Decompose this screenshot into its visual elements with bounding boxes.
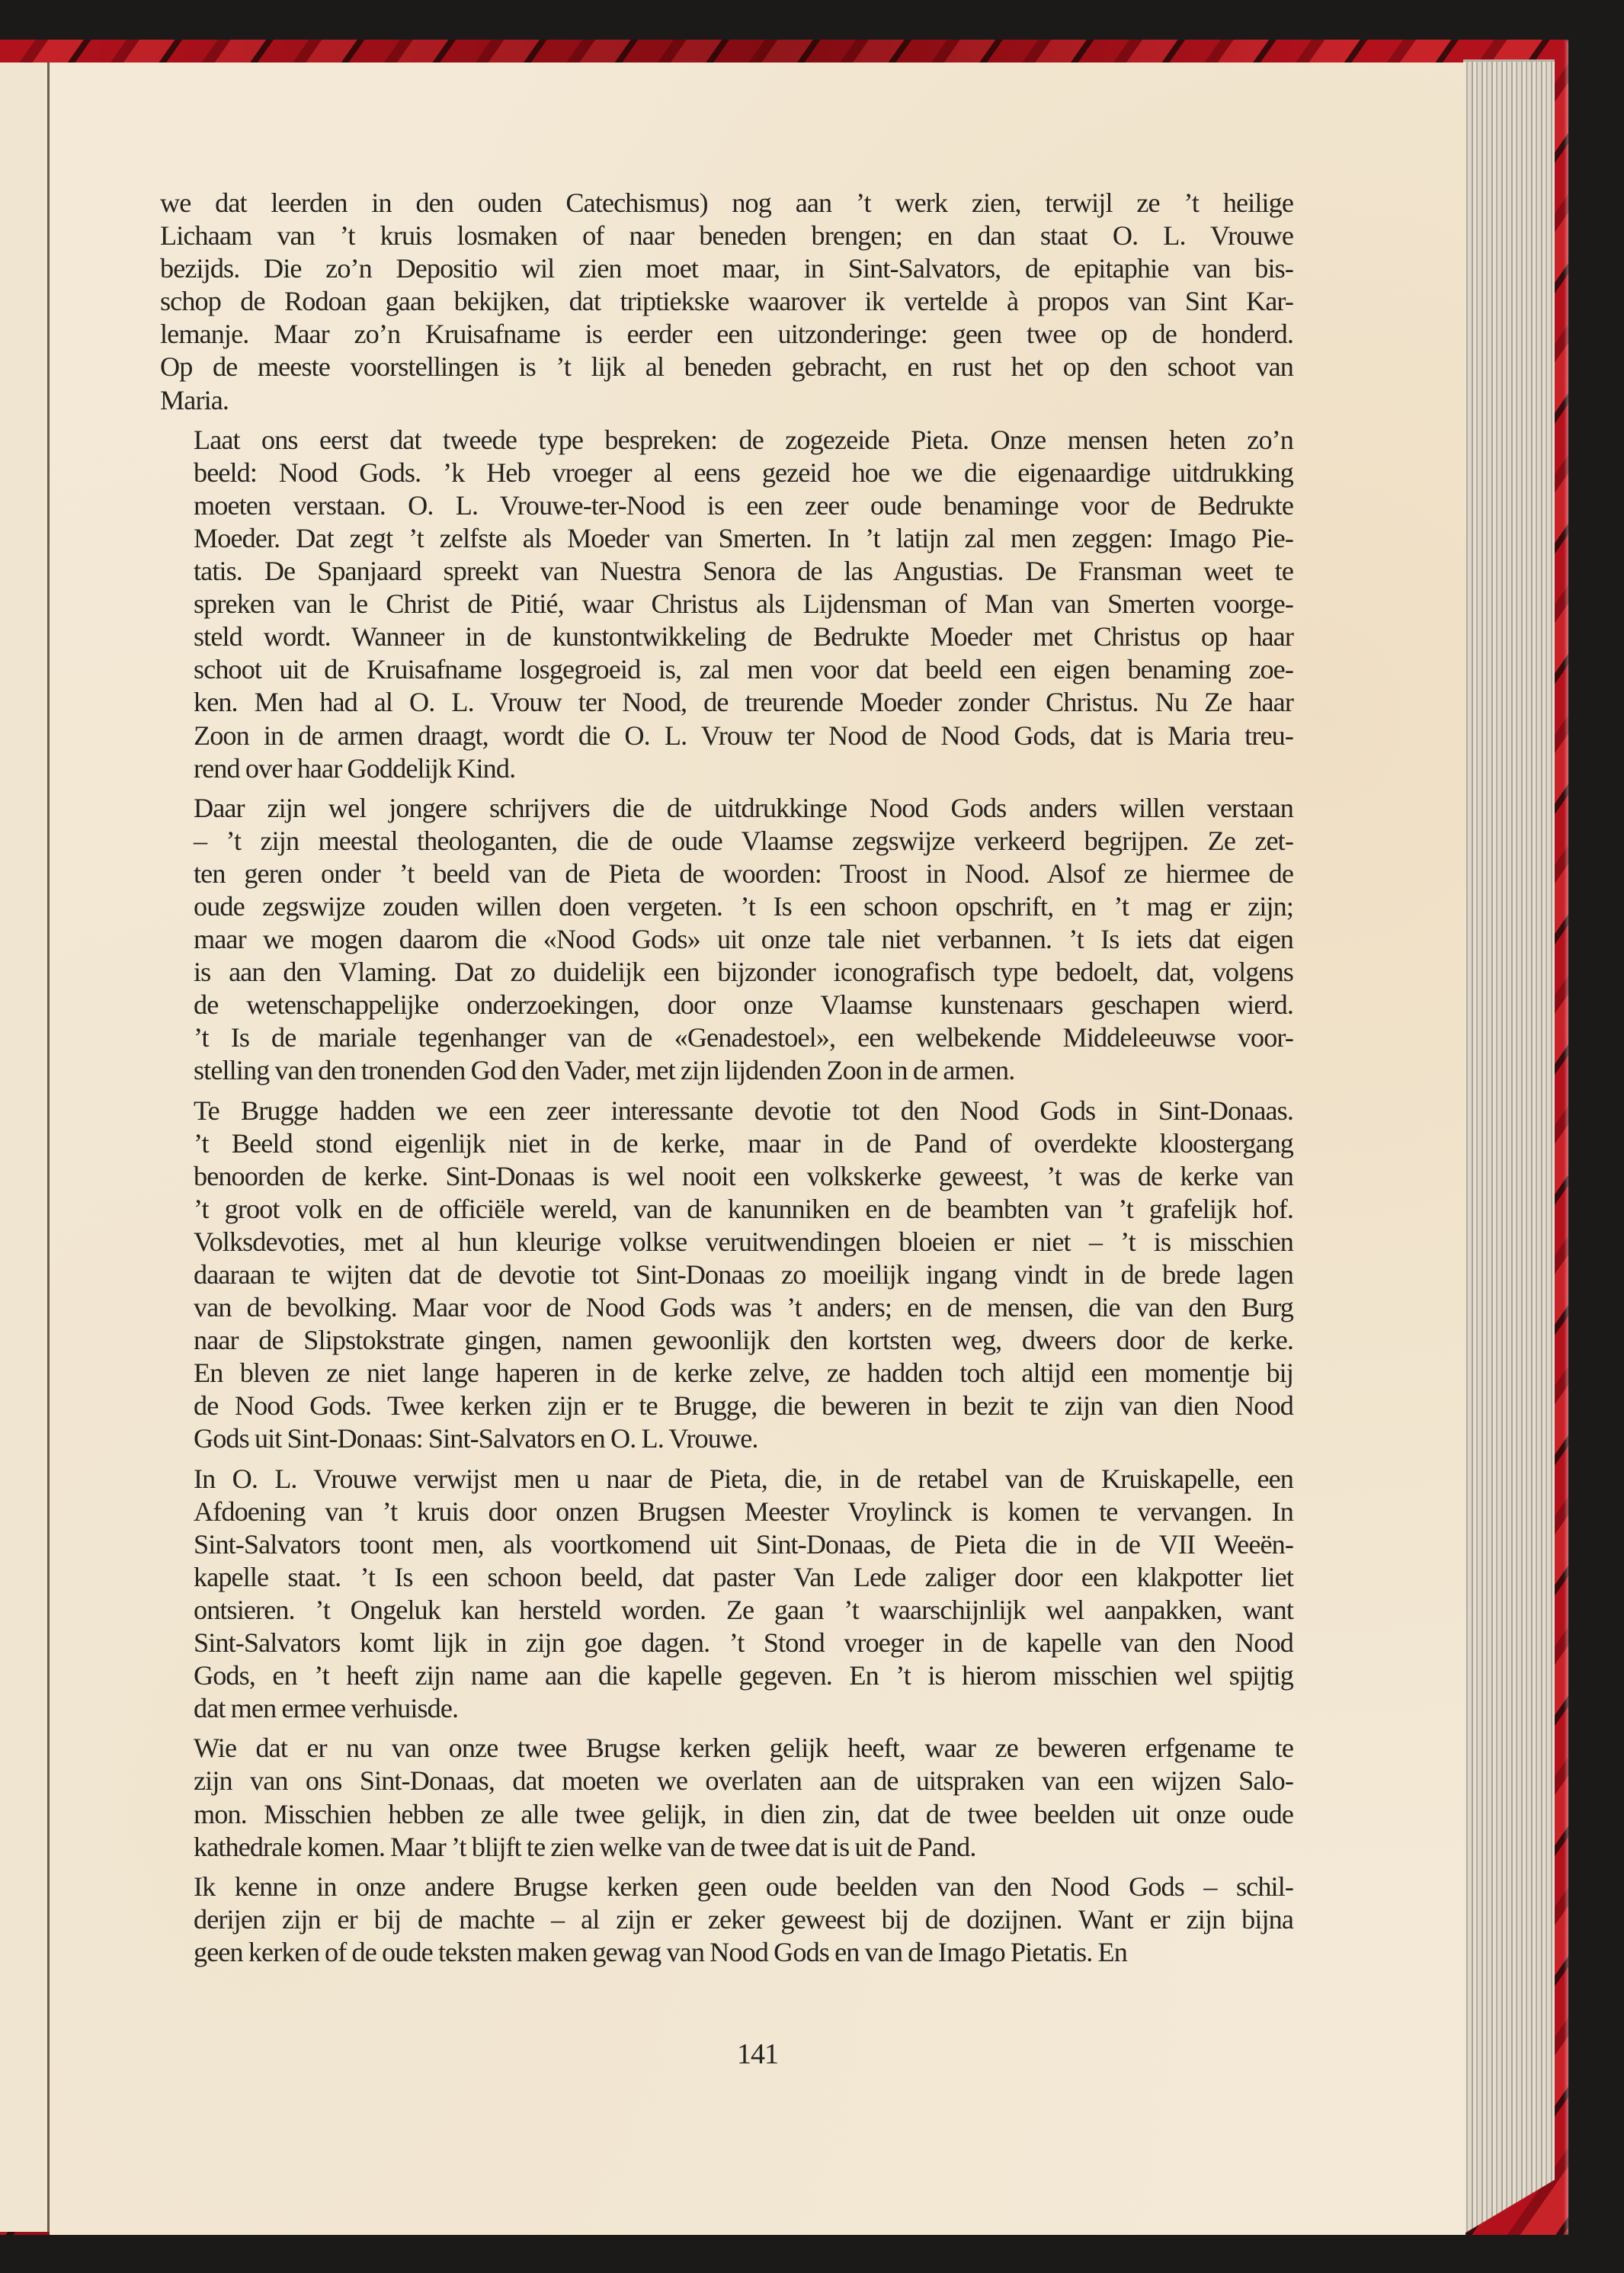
- paragraph: we dat leerden in den ouden Catechismus)…: [160, 187, 1293, 417]
- cover-plastic-sheen: [1564, 40, 1568, 2235]
- text-line: Volksdevoties, met al hun kleurige volks…: [160, 1226, 1293, 1258]
- text-line: spreken van le Christ de Pitié, waar Chr…: [160, 588, 1293, 620]
- text-line: is aan den Vlaming. Dat zo duidelijk een…: [160, 956, 1293, 989]
- text-line: – ’t zijn meestal theologanten, die de o…: [160, 825, 1293, 858]
- text-line: stelling van den tronenden God den Vader…: [160, 1054, 1293, 1087]
- text-line: Daar zijn wel jongere schrijvers die de …: [160, 792, 1293, 825]
- text-line: van de bevolking. Maar voor de Nood Gods…: [160, 1291, 1293, 1324]
- text-line: Sint-Salvators komt lijk in zijn goe dag…: [160, 1627, 1293, 1659]
- text-line: oude zegswijze zouden willen doen verget…: [160, 890, 1293, 923]
- text-line: moeten verstaan. O. L. Vrouwe-ter-Nood i…: [160, 489, 1293, 522]
- text-line: zijn van ons Sint-Donaas, dat moeten we …: [160, 1765, 1293, 1797]
- text-line: de Nood Gods. Twee kerken zijn er te Bru…: [160, 1390, 1293, 1422]
- text-line: daaraan te wijten dat de devotie tot Sin…: [160, 1258, 1293, 1291]
- text-line: Gods uit Sint-Donaas: Sint-Salvators en …: [160, 1422, 1293, 1455]
- text-line: ken. Men had al O. L. Vrouw ter Nood, de…: [160, 686, 1293, 719]
- paragraph: Daar zijn wel jongere schrijvers die de …: [160, 792, 1293, 1088]
- text-line: steld wordt. Wanneer in de kunstontwikke…: [160, 620, 1293, 653]
- text-line: bezijds. Die zo’n Depositio wil zien moe…: [160, 252, 1293, 285]
- paragraph: Laat ons eerst dat tweede type bespreken…: [160, 424, 1293, 785]
- text-line: mon. Misschien hebben ze alle twee gelij…: [160, 1798, 1293, 1831]
- paragraph: Te Brugge hadden we een zeer interessant…: [160, 1095, 1293, 1456]
- text-line: Laat ons eerst dat tweede type bespreken…: [160, 424, 1293, 457]
- text-line: naar de Slipstokstrate gingen, namen gew…: [160, 1324, 1293, 1357]
- text-line: Gods, en ’t heeft zijn name aan die kape…: [160, 1659, 1293, 1692]
- text-line: maar we mogen daarom die «Nood Gods» uit…: [160, 923, 1293, 956]
- text-line: Maria.: [160, 384, 1293, 417]
- text-line: we dat leerden in den ouden Catechismus)…: [160, 187, 1293, 220]
- text-line: Afdoening van ’t kruis door onzen Brugse…: [160, 1496, 1293, 1528]
- text-line: geen kerken of de oude teksten maken gew…: [160, 1936, 1293, 1969]
- text-line: kapelle staat. ’t Is een schoon beeld, d…: [160, 1561, 1293, 1594]
- text-line: Sint-Salvators toont men, als voortkomen…: [160, 1528, 1293, 1561]
- text-line: benoorden de kerke. Sint-Donaas is wel n…: [160, 1160, 1293, 1193]
- text-line: Lichaam van ’t kruis losmaken of naar be…: [160, 220, 1293, 252]
- text-line: En bleven ze niet lange haperen in de ke…: [160, 1357, 1293, 1390]
- text-line: derijen zijn er bij de machte – al zijn …: [160, 1903, 1293, 1936]
- text-line: ’t Is de mariale tegenhanger van de «Gen…: [160, 1021, 1293, 1054]
- text-line: In O. L. Vrouwe verwijst men u naar de P…: [160, 1463, 1293, 1496]
- book-page: we dat leerden in den ouden Catechismus)…: [50, 63, 1465, 2235]
- text-line: ontsieren. ’t Ongeluk kan hersteld worde…: [160, 1594, 1293, 1627]
- text-line: beeld: Nood Gods. ’k Heb vroeger al eens…: [160, 457, 1293, 489]
- facing-page-edge: [0, 63, 50, 2232]
- body-text: we dat leerden in den ouden Catechismus)…: [160, 187, 1293, 1976]
- paragraph: Ik kenne in onze andere Brugse kerken ge…: [160, 1871, 1293, 1969]
- text-line: schop de Rodoan gaan bekijken, dat tript…: [160, 285, 1293, 318]
- text-line: de wetenschappelijke onderzoekingen, doo…: [160, 989, 1293, 1021]
- paragraph: In O. L. Vrouwe verwijst men u naar de P…: [160, 1463, 1293, 1726]
- paragraph: Wie dat er nu van onze twee Brugse kerke…: [160, 1732, 1293, 1863]
- text-line: dat men ermee verhuisde.: [160, 1692, 1293, 1725]
- text-line: kathedrale komen. Maar ’t blijft te zien…: [160, 1831, 1293, 1864]
- text-line: Ik kenne in onze andere Brugse kerken ge…: [160, 1871, 1293, 1903]
- text-line: lemanje. Maar zo’n Kruisafname is eerder…: [160, 318, 1293, 351]
- text-line: Wie dat er nu van onze twee Brugse kerke…: [160, 1732, 1293, 1765]
- text-line: ’t groot volk en de officiële wereld, va…: [160, 1193, 1293, 1226]
- text-line: Zoon in de armen draagt, wordt die O. L.…: [160, 720, 1293, 752]
- fore-edge-page-stack: [1463, 59, 1555, 2234]
- text-line: tatis. De Spanjaard spreekt van Nuestra …: [160, 555, 1293, 588]
- text-line: Moeder. Dat zegt ’t zelfste als Moeder v…: [160, 522, 1293, 555]
- text-line: Op de meeste voorstellingen is ’t lijk a…: [160, 351, 1293, 383]
- text-line: schoot uit de Kruisafname losgegroeid is…: [160, 653, 1293, 686]
- text-line: ten geren onder ’t beeld van de Pieta de…: [160, 858, 1293, 890]
- text-line: rend over haar Goddelijk Kind.: [160, 752, 1293, 785]
- page-number: 141: [50, 2037, 1465, 2071]
- text-line: ’t Beeld stond eigenlijk niet in de kerk…: [160, 1127, 1293, 1160]
- text-line: Te Brugge hadden we een zeer interessant…: [160, 1095, 1293, 1127]
